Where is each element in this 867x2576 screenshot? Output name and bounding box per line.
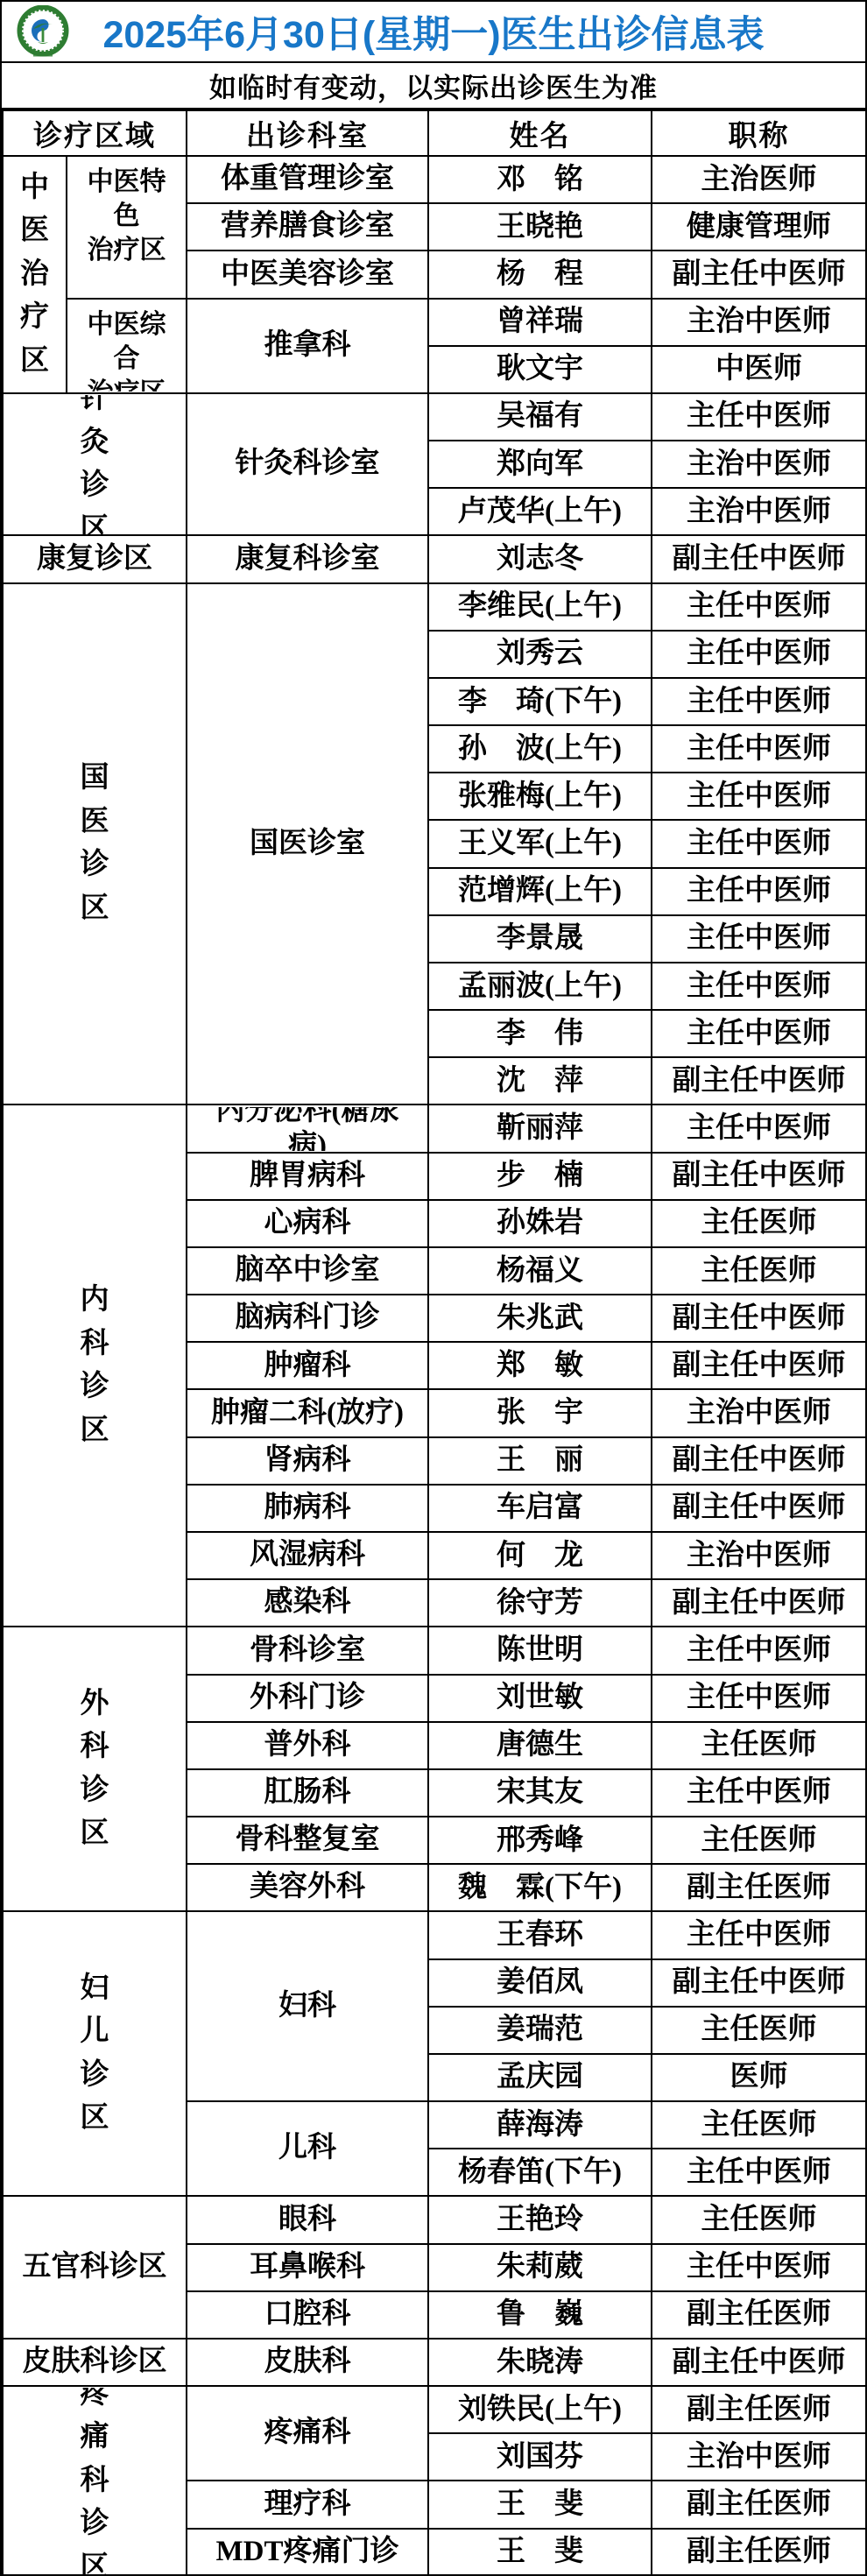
name-cell: 宋其友 [428, 1769, 652, 1817]
title-cell: 主任中医师 [652, 393, 866, 441]
name-cell: 耿文宇 [428, 346, 652, 393]
notice-text: 如临时有变动，以实际出诊医生为准 [2, 63, 865, 109]
title-cell: 主治中医师 [652, 2433, 866, 2481]
column-header-department: 出诊科室 [187, 110, 428, 156]
area-cell: 国 医 诊 区 [3, 583, 187, 1105]
dept-cell: 耳鼻喉科 [187, 2244, 428, 2291]
title-cell: 副主任中医师 [652, 1485, 866, 1532]
name-cell: 张 宇 [428, 1389, 652, 1436]
dept-cell: 营养膳食诊室 [187, 203, 428, 251]
title-cell: 主任中医师 [652, 773, 866, 820]
name-cell: 刘志冬 [428, 535, 652, 582]
name-cell: 朱晓涛 [428, 2339, 652, 2386]
dept-cell: 推拿科 [187, 299, 428, 393]
name-cell: 孟丽波(上午) [428, 963, 652, 1010]
schedule-row: 内 科 诊 区内分泌科(糖尿 病)靳丽萍主任中医师 [3, 1105, 866, 1152]
title-cell: 副主任医师 [652, 2481, 866, 2528]
title-cell: 副主任中医师 [652, 1295, 866, 1342]
area-cell: 五官科诊区 [3, 2196, 187, 2339]
schedule-row: 五官科诊区眼科王艳玲主任医师 [3, 2196, 866, 2243]
name-cell: 步 楠 [428, 1153, 652, 1200]
dept-cell: 脑病科门诊 [187, 1295, 428, 1342]
name-cell: 刘国芬 [428, 2433, 652, 2481]
name-cell: 郑向军 [428, 441, 652, 488]
subarea-cell: 中医综 合 治疗区 [67, 299, 187, 393]
schedule-body: 中 医 治 疗 区中医特 色 治疗区体重管理诊室邓 铭主治医师营养膳食诊室王晓艳… [3, 156, 866, 2576]
dept-cell: 理疗科 [187, 2481, 428, 2528]
area-cell: 疼 痛 科 诊 区 [3, 2386, 187, 2576]
name-cell: 陈世明 [428, 1627, 652, 1674]
title-cell: 副主任医师 [652, 2291, 866, 2339]
name-cell: 王春环 [428, 1911, 652, 1958]
name-cell: 范增辉(上午) [428, 868, 652, 915]
schedule-row: 妇 儿 诊 区妇科王春环主任中医师 [3, 1911, 866, 1958]
dept-cell: 内分泌科(糖尿 病) [187, 1105, 428, 1152]
title-cell: 副主任中医师 [652, 1057, 866, 1105]
name-cell: 王义军(上午) [428, 820, 652, 867]
title-cell: 主任中医师 [652, 2149, 866, 2196]
area-cell: 中 医 治 疗 区 [3, 156, 67, 393]
dept-cell: 针灸科诊室 [187, 393, 428, 536]
dept-cell: 骨科诊室 [187, 1627, 428, 1674]
dept-cell: 美容外科 [187, 1864, 428, 1911]
name-cell: 王艳玲 [428, 2196, 652, 2243]
schedule-table: 诊疗区域 出诊科室 姓名 职称 中 医 治 疗 区中医特 色 治疗区体重管理诊室… [2, 109, 867, 2576]
title-cell: 主任医师 [652, 1722, 866, 1769]
area-cell: 外 科 诊 区 [3, 1627, 187, 1911]
name-cell: 薛海涛 [428, 2101, 652, 2149]
schedule-sheet: 2025年6月30日(星期一)医生出诊信息表 如临时有变动，以实际出诊医生为准 … [0, 0, 867, 2576]
title-cell: 主任中医师 [652, 1627, 866, 1674]
schedule-row: 皮肤科诊区皮肤科朱晓涛副主任中医师 [3, 2339, 866, 2386]
name-cell: 李景晟 [428, 915, 652, 963]
schedule-row: 疼 痛 科 诊 区疼痛科刘铁民(上午)副主任医师 [3, 2386, 866, 2433]
name-cell: 李 伟 [428, 1010, 652, 1057]
title-cell: 副主任中医师 [652, 1437, 866, 1485]
area-cell: 妇 儿 诊 区 [3, 1911, 187, 2196]
name-cell: 孙 波(上午) [428, 725, 652, 773]
title-cell: 副主任医师 [652, 2386, 866, 2433]
title-cell: 主任中医师 [652, 725, 866, 773]
schedule-row: 康复诊区康复科诊室刘志冬副主任中医师 [3, 535, 866, 582]
dept-cell: 中医美容诊室 [187, 251, 428, 298]
area-cell: 康复诊区 [3, 535, 187, 582]
title-cell: 主任医师 [652, 2101, 866, 2149]
name-cell: 杨福义 [428, 1247, 652, 1295]
header-row: 诊疗区域 出诊科室 姓名 职称 [3, 110, 866, 156]
title-cell: 主任中医师 [652, 963, 866, 1010]
schedule-row: 外 科 诊 区骨科诊室陈世明主任中医师 [3, 1627, 866, 1674]
dept-cell: 肿瘤二科(放疗) [187, 1389, 428, 1436]
title-cell: 中医师 [652, 346, 866, 393]
schedule-row: 国 医 诊 区国医诊室李维民(上午)主任中医师 [3, 583, 866, 631]
area-cell: 皮肤科诊区 [3, 2339, 187, 2386]
name-cell: 郑 敏 [428, 1342, 652, 1389]
name-cell: 沈 萍 [428, 1057, 652, 1105]
title-cell: 副主任中医师 [652, 1959, 866, 2007]
name-cell: 刘世敏 [428, 1675, 652, 1722]
name-cell: 杨 程 [428, 251, 652, 298]
title-cell: 主任中医师 [652, 1105, 866, 1152]
name-cell: 王晓艳 [428, 203, 652, 251]
title-bar: 2025年6月30日(星期一)医生出诊信息表 [2, 2, 865, 63]
title-cell: 主任医师 [652, 1817, 866, 1864]
title-cell: 副主任中医师 [652, 251, 866, 298]
dept-cell: 儿科 [187, 2101, 428, 2196]
name-cell: 李 琦(下午) [428, 678, 652, 725]
title-cell: 主任中医师 [652, 868, 866, 915]
dept-cell: 口腔科 [187, 2291, 428, 2339]
title-cell: 副主任医师 [652, 1864, 866, 1911]
title-cell: 主任中医师 [652, 678, 866, 725]
name-cell: 朱兆武 [428, 1295, 652, 1342]
title-cell: 主任医师 [652, 2196, 866, 2243]
title-cell: 主任中医师 [652, 1675, 866, 1722]
title-cell: 主治中医师 [652, 1532, 866, 1579]
schedule-row: 针 灸 诊 区针灸科诊室吴福有主任中医师 [3, 393, 866, 441]
dept-cell: 心病科 [187, 1200, 428, 1247]
name-cell: 孟庆园 [428, 2054, 652, 2101]
title-cell: 主任中医师 [652, 2244, 866, 2291]
name-cell: 姜佰凤 [428, 1959, 652, 2007]
name-cell: 张雅梅(上午) [428, 773, 652, 820]
name-cell: 孙姝岩 [428, 1200, 652, 1247]
dept-cell: 感染科 [187, 1579, 428, 1627]
name-cell: 姜瑞范 [428, 2007, 652, 2054]
title-cell: 医师 [652, 2054, 866, 2101]
name-cell: 魏 霖(下午) [428, 1864, 652, 1911]
page-title: 2025年6月30日(星期一)医生出诊信息表 [102, 5, 764, 59]
area-cell: 内 科 诊 区 [3, 1105, 187, 1627]
dept-cell: 肺病科 [187, 1485, 428, 1532]
title-cell: 副主任中医师 [652, 1342, 866, 1389]
name-cell: 鲁 巍 [428, 2291, 652, 2339]
dept-cell: 体重管理诊室 [187, 156, 428, 203]
title-cell: 主任中医师 [652, 915, 866, 963]
title-cell: 主任中医师 [652, 820, 866, 867]
title-cell: 主任中医师 [652, 1010, 866, 1057]
title-cell: 主治中医师 [652, 299, 866, 346]
name-cell: 杨春笛(下午) [428, 2149, 652, 2196]
title-cell: 主任医师 [652, 1247, 866, 1295]
schedule-row: 中医综 合 治疗区推拿科曾祥瑞主治中医师 [3, 299, 866, 346]
title-cell: 主任中医师 [652, 1769, 866, 1817]
name-cell: 邓 铭 [428, 156, 652, 203]
column-header-area: 诊疗区域 [3, 110, 187, 156]
title-cell: 主任中医师 [652, 583, 866, 631]
name-cell: 王 斐 [428, 2529, 652, 2576]
name-cell: 邢秀峰 [428, 1817, 652, 1864]
dept-cell: 脾胃病科 [187, 1153, 428, 1200]
dept-cell: 妇科 [187, 1911, 428, 2101]
name-cell: 卢茂华(上午) [428, 488, 652, 535]
hospital-logo-icon [16, 5, 70, 60]
dept-cell: 肿瘤科 [187, 1342, 428, 1389]
dept-cell: MDT疼痛门诊 [187, 2529, 428, 2576]
subarea-cell: 中医特 色 治疗区 [67, 156, 187, 299]
name-cell: 刘秀云 [428, 631, 652, 678]
name-cell: 吴福有 [428, 393, 652, 441]
dept-cell: 脑卒中诊室 [187, 1247, 428, 1295]
name-cell: 曾祥瑞 [428, 299, 652, 346]
dept-cell: 骨科整复室 [187, 1817, 428, 1864]
dept-cell: 皮肤科 [187, 2339, 428, 2386]
dept-cell: 肾病科 [187, 1437, 428, 1485]
dept-cell: 疼痛科 [187, 2386, 428, 2481]
dept-cell: 国医诊室 [187, 583, 428, 1105]
dept-cell: 风湿病科 [187, 1532, 428, 1579]
name-cell: 刘铁民(上午) [428, 2386, 652, 2433]
name-cell: 何 龙 [428, 1532, 652, 1579]
title-cell: 主任医师 [652, 1200, 866, 1247]
title-cell: 主治中医师 [652, 441, 866, 488]
title-cell: 主任中医师 [652, 631, 866, 678]
name-cell: 唐德生 [428, 1722, 652, 1769]
title-cell: 主任中医师 [652, 1911, 866, 1958]
title-cell: 主治中医师 [652, 1389, 866, 1436]
column-header-title: 职称 [652, 110, 866, 156]
name-cell: 徐守芳 [428, 1579, 652, 1627]
name-cell: 车启富 [428, 1485, 652, 1532]
name-cell: 靳丽萍 [428, 1105, 652, 1152]
name-cell: 李维民(上午) [428, 583, 652, 631]
dept-cell: 眼科 [187, 2196, 428, 2243]
title-cell: 副主任中医师 [652, 1153, 866, 1200]
dept-cell: 康复科诊室 [187, 535, 428, 582]
dept-cell: 肛肠科 [187, 1769, 428, 1817]
name-cell: 王 丽 [428, 1437, 652, 1485]
title-cell: 副主任中医师 [652, 1579, 866, 1627]
name-cell: 王 斐 [428, 2481, 652, 2528]
title-cell: 主治中医师 [652, 488, 866, 535]
title-cell: 副主任中医师 [652, 535, 866, 582]
area-cell: 针 灸 诊 区 [3, 393, 187, 536]
name-cell: 朱莉葳 [428, 2244, 652, 2291]
title-cell: 副主任中医师 [652, 2339, 866, 2386]
title-cell: 副主任医师 [652, 2529, 866, 2576]
title-cell: 主治医师 [652, 156, 866, 203]
column-header-name: 姓名 [428, 110, 652, 156]
schedule-row: 中 医 治 疗 区中医特 色 治疗区体重管理诊室邓 铭主治医师 [3, 156, 866, 203]
title-cell: 主任医师 [652, 2007, 866, 2054]
dept-cell: 外科门诊 [187, 1675, 428, 1722]
dept-cell: 普外科 [187, 1722, 428, 1769]
title-cell: 健康管理师 [652, 203, 866, 251]
